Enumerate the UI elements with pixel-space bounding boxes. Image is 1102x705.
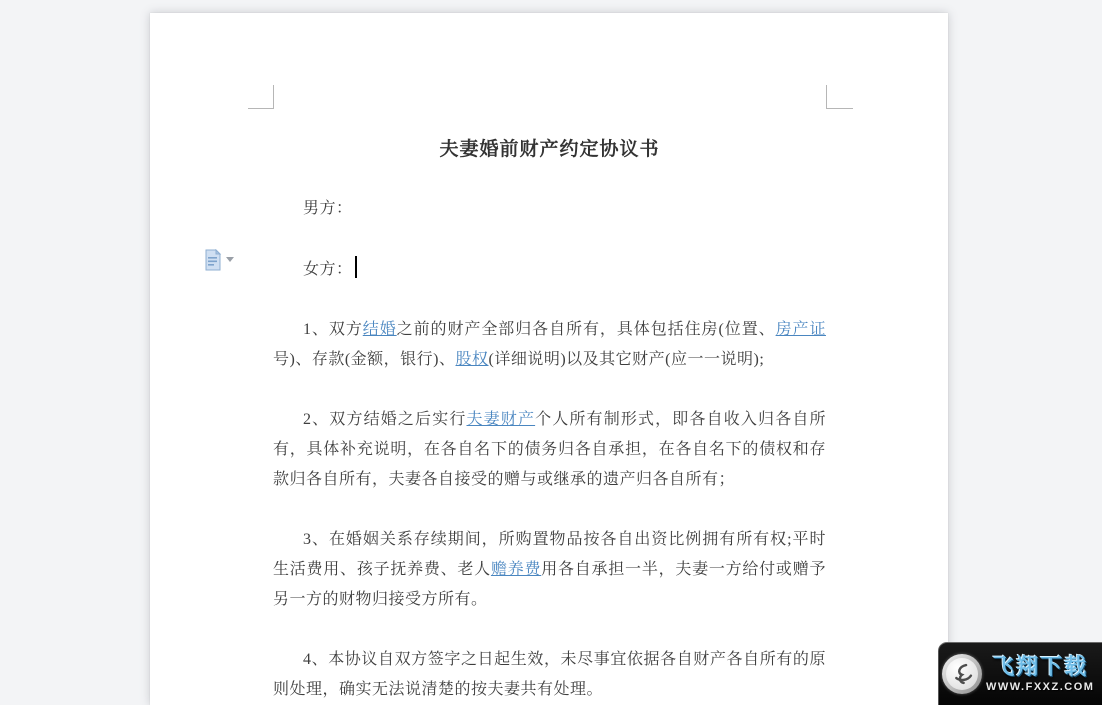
keyword-link[interactable]: 夫妻财产 (467, 411, 536, 428)
paragraph: 4、本协议自双方签字之日起生效，未尽事宜依据各自财产各自所有的原则处理，确实无法… (273, 645, 826, 705)
watermark-site-name: 飞翔下载 (992, 655, 1088, 679)
field-label: 男方： (303, 200, 353, 217)
fxxz-logo-swoosh (946, 658, 978, 690)
keyword-link[interactable]: 结婚 (363, 321, 397, 338)
keyword-link[interactable]: 房产证 (776, 321, 826, 338)
text-segment: (详细说明)以及其它财产(应一一说明); (489, 351, 765, 368)
text-segment: 号)、存款(金额，银行)、 (273, 351, 456, 368)
document-page[interactable]: 夫妻婚前财产约定协议书 男方：女方：1、双方结婚之前的财产全部归各自所有，具体包… (150, 13, 948, 705)
margin-crop-mark-top-left (248, 85, 274, 109)
keyword-link[interactable]: 股权 (456, 351, 489, 368)
paste-options-button[interactable] (204, 249, 238, 273)
text-segment: 之前的财产全部归各自所有，具体包括住房(位置、 (397, 321, 776, 338)
watermark-text: 飞翔下载 WWW.FXXZ.COM (986, 655, 1094, 694)
text-segment: 4、本协议自双方签字之日起生效，未尽事宜依据各自财产各自所有的原则处理，确实无法… (273, 651, 826, 698)
keyword-link[interactable]: 赡养费 (491, 561, 541, 578)
chevron-down-icon[interactable] (226, 257, 234, 262)
document-body: 男方：女方：1、双方结婚之前的财产全部归各自所有，具体包括住房(位置、房产证号)… (273, 194, 826, 705)
fxxz-logo-icon (942, 654, 982, 694)
paragraph: 1、双方结婚之前的财产全部归各自所有，具体包括住房(位置、房产证号)、存款(金额… (273, 315, 826, 375)
document-content: 夫妻婚前财产约定协议书 男方：女方：1、双方结婚之前的财产全部归各自所有，具体包… (273, 13, 826, 705)
paragraph: 2、双方结婚之后实行夫妻财产个人所有制形式，即各自收入归各自所有，具体补充说明，… (273, 405, 826, 495)
field-line[interactable]: 女方： (273, 255, 826, 285)
field-line[interactable]: 男方： (273, 194, 826, 224)
paste-document-icon (204, 249, 222, 271)
site-watermark-badge: 飞翔下载 WWW.FXXZ.COM (938, 642, 1102, 705)
text-cursor (355, 256, 357, 278)
app-viewport: 夫妻婚前财产约定协议书 男方：女方：1、双方结婚之前的财产全部归各自所有，具体包… (0, 0, 1102, 705)
text-segment: 1、双方 (303, 321, 363, 338)
field-label: 女方： (303, 261, 353, 278)
paragraph: 3、在婚姻关系存续期间，所购置物品按各自出资比例拥有所有权;平时生活费用、孩子抚… (273, 525, 826, 615)
margin-crop-mark-top-right (826, 85, 853, 109)
watermark-site-url: WWW.FXXZ.COM (986, 681, 1094, 694)
document-title: 夫妻婚前财产约定协议书 (273, 137, 826, 163)
text-segment: 2、双方结婚之后实行 (303, 411, 467, 428)
